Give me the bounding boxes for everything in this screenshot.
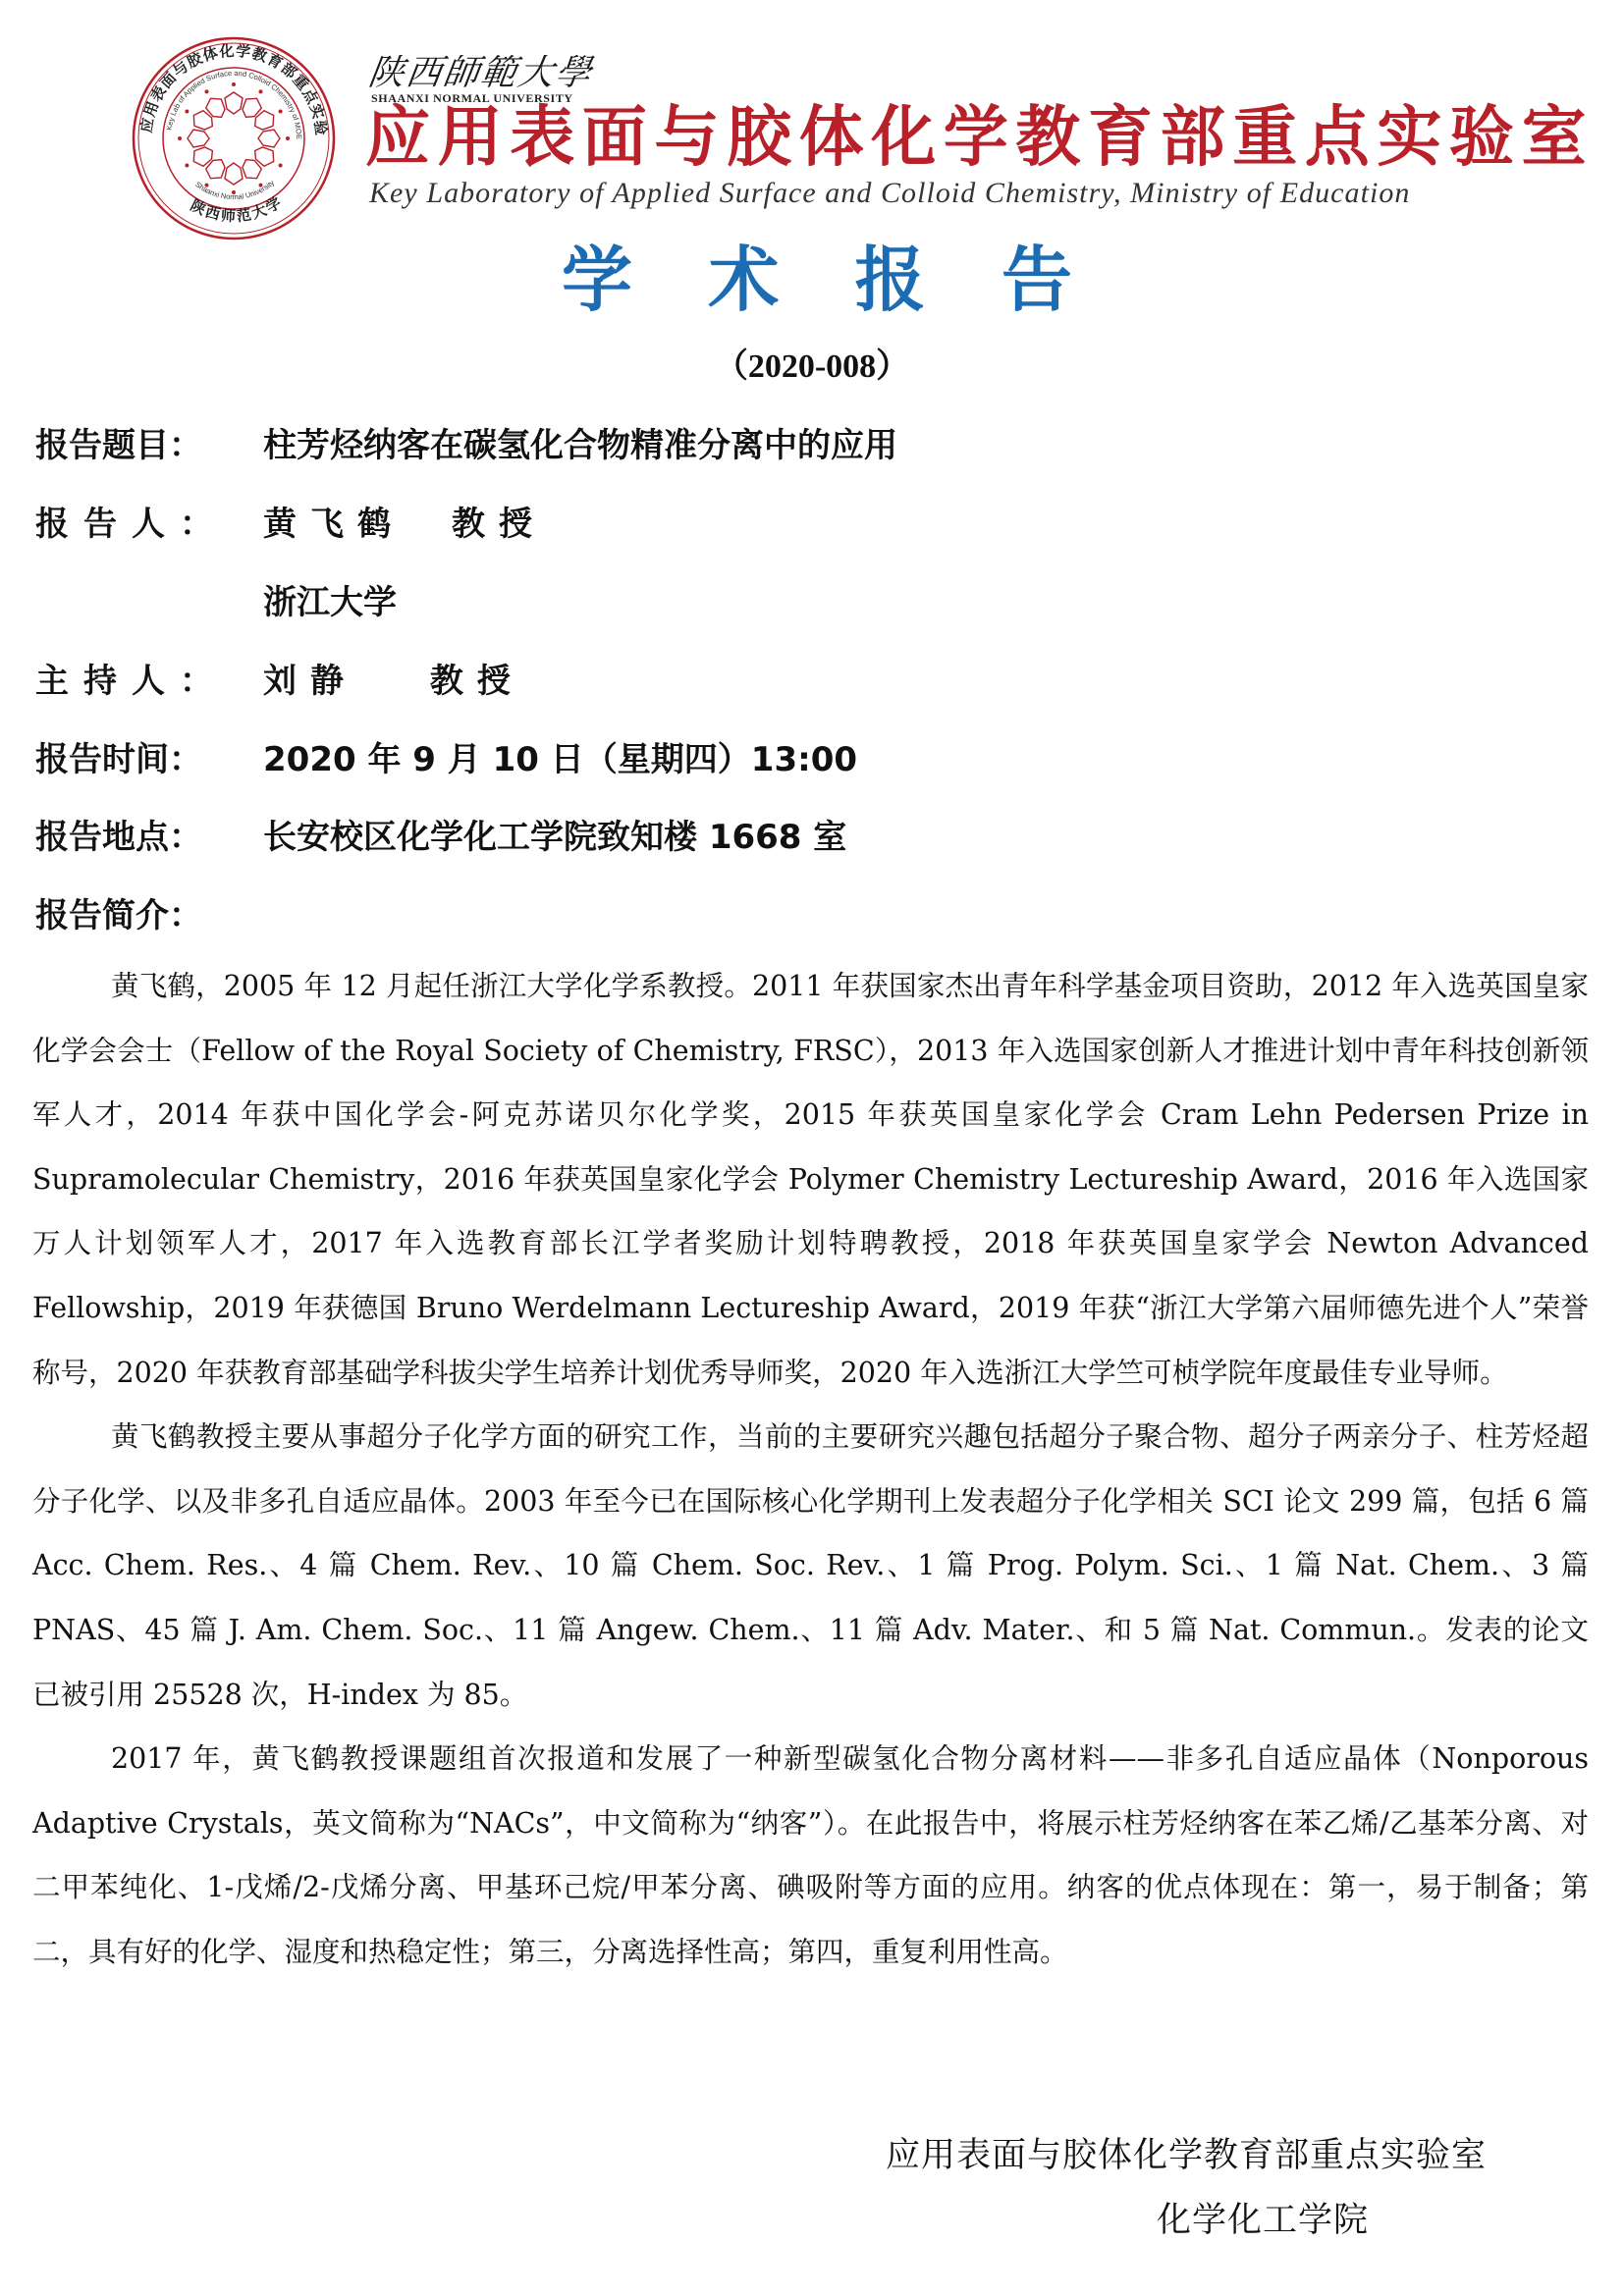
title-char: 报 xyxy=(855,236,926,324)
field-host: 主持人： 刘静 教授 xyxy=(35,648,524,707)
field-value: 黄飞鹤 教授 xyxy=(263,497,546,545)
abstract-paragraph-talk: 2017 年，黄飞鹤教授课题组首次报道和发展了一种新型碳氢化合物分离材料——非多… xyxy=(32,1727,1589,1984)
field-value: 长安校区化学化工学院致知楼 1668 室 xyxy=(263,810,846,858)
field-location: 报告地点： 长安校区化学化工学院致知楼 1668 室 xyxy=(35,804,846,863)
title-char: 学 xyxy=(562,236,632,324)
field-abstract-heading: 报告简介： xyxy=(35,882,263,941)
field-affiliation: 浙江大学 xyxy=(35,569,397,628)
field-value: 刘静 教授 xyxy=(263,654,524,702)
lab-name-cn: 应用表面与胶体化学教育部重点实验室 xyxy=(365,97,1594,178)
footer-school: 化学化工学院 xyxy=(1157,2193,1369,2242)
field-label: 报告题目： xyxy=(35,418,263,466)
svg-text:Key Lab of Applied Surface and: Key Lab of Applied Surface and Colloid C… xyxy=(165,69,303,139)
lab-seal-logo-icon: 应用表面与胶体化学教育部重点实验室 Key Lab of Applied Sur… xyxy=(131,35,337,241)
field-speaker: 报告人： 黄飞鹤 教授 xyxy=(35,491,546,550)
abstract-paragraph-research: 黄飞鹤教授主要从事超分子化学方面的研究工作，当前的主要研究兴趣包括超分子聚合物、… xyxy=(32,1405,1589,1727)
field-value: 柱芳烃纳客在碳氢化合物精准分离中的应用 xyxy=(263,418,897,466)
report-number: （2020-008） xyxy=(0,339,1624,387)
field-label: 报告简介： xyxy=(35,888,263,936)
field-label: 报告地点： xyxy=(35,810,263,858)
university-name-cn: 陕西師範大學 xyxy=(365,45,596,95)
field-time: 报告时间： 2020 年 9 月 10 日（星期四）13:00 xyxy=(35,726,857,785)
field-label: 报告时间： xyxy=(35,732,263,780)
footer-organizer: 应用表面与胶体化学教育部重点实验室 xyxy=(886,2128,1487,2177)
field-topic: 报告题目： 柱芳烃纳客在碳氢化合物精准分离中的应用 xyxy=(35,412,897,471)
field-label: 主持人： xyxy=(35,654,263,702)
title-char: 告 xyxy=(1001,236,1072,324)
page-title: 学 术 报 告 xyxy=(562,236,1072,324)
svg-text:Shaanxi Normal University: Shaanxi Normal University xyxy=(193,178,276,201)
field-value: 2020 年 9 月 10 日（星期四）13:00 xyxy=(263,732,857,780)
field-value: 浙江大学 xyxy=(263,575,397,623)
field-label: 报告人： xyxy=(35,497,263,545)
abstract-paragraph-bio: 黄飞鹤，2005 年 12 月起任浙江大学化学系教授。2011 年获国家杰出青年… xyxy=(32,954,1589,1405)
lab-name-en: Key Laboratory of Applied Surface and Co… xyxy=(369,177,1410,210)
title-char: 术 xyxy=(708,236,779,324)
abstract-body: 黄飞鹤，2005 年 12 月起任浙江大学化学系教授。2011 年获国家杰出青年… xyxy=(32,954,1589,1985)
